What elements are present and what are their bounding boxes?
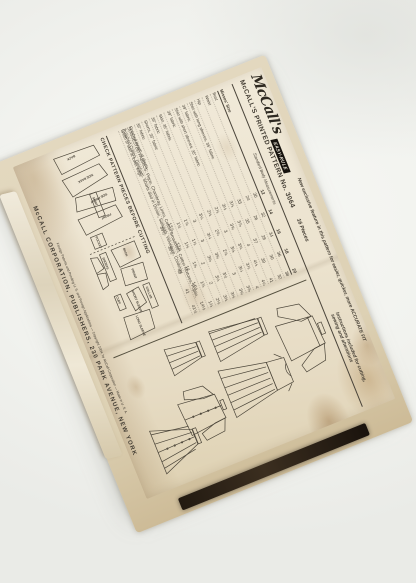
- piece-label-shirt-front: FRONT: [130, 268, 138, 279]
- photo-scene: McCall's EASY-RULE New exclusive feature…: [0, 0, 416, 583]
- piece-label-back: BACK: [66, 154, 76, 162]
- piece-label-pocket: POCKET: [94, 236, 103, 249]
- piece-label-side-back: SIDE BACK: [77, 173, 94, 185]
- piece-label-long-sleeve: LONG SLEEVE: [135, 315, 147, 337]
- piece-label-front: FRONT: [101, 212, 112, 220]
- pattern-envelope: McCall's EASY-RULE New exclusive feature…: [13, 67, 396, 499]
- piece-label-shirt-back: BACK: [122, 247, 129, 257]
